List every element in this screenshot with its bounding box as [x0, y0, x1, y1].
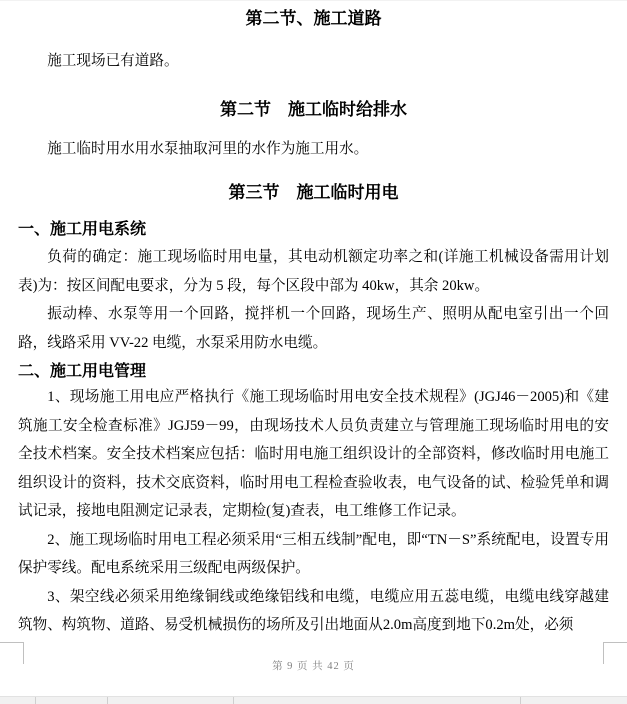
- section-title-temporary-power: 第三节 施工临时用电: [18, 181, 609, 205]
- paragraph-load-determination: 负荷的确定：施工现场临时用电量，其电动机额定功率之和(详施工机械设备需用计划表)…: [18, 243, 609, 300]
- document-body: 第二节、施工道路 施工现场已有道路。 第二节 施工临时给排水 施工临时用水用水泵…: [0, 1, 627, 640]
- paragraph-water: 施工临时用水用水泵抽取河里的水作为施工用水。: [18, 135, 609, 164]
- page-gap-tick: [233, 697, 234, 704]
- subheading-power-management: 二、施工用电管理: [18, 361, 609, 383]
- footer-page-number: 第 9 页 共 42 页: [0, 658, 627, 673]
- page-gap-tick: [107, 697, 108, 704]
- paragraph-management-item-3: 3、架空线必须采用绝缘铜线或绝缘铝线和电缆，电缆应用五蕊电缆，电缆电线穿越建筑物…: [18, 583, 609, 640]
- paragraph-road: 施工现场已有道路。: [18, 47, 609, 76]
- section-title-temporary-water: 第二节 施工临时给排水: [18, 98, 609, 122]
- paragraph-circuits: 振动棒、水泵等用一个回路，搅拌机一个回路，现场生产、照明从配电室引出一个回路，线…: [18, 300, 609, 357]
- paragraph-management-item-2: 2、施工现场临时用电工程必须采用“三相五线制”配电，即“TN－S”系统配电，设置…: [18, 526, 609, 583]
- page-gap-tick: [35, 697, 36, 704]
- document-page: { "colors": { "footer_text": "#808080", …: [0, 0, 627, 704]
- subheading-power-system: 一、施工用电系统: [18, 219, 609, 241]
- page-gap-strip: [0, 696, 627, 704]
- paragraph-management-item-1: 1、现场施工用电应严格执行《施工现场临时用电安全技术规程》(JGJ46－2005…: [18, 383, 609, 526]
- section-title-construction-road: 第二节、施工道路: [18, 7, 609, 31]
- page-gap-tick: [520, 697, 521, 704]
